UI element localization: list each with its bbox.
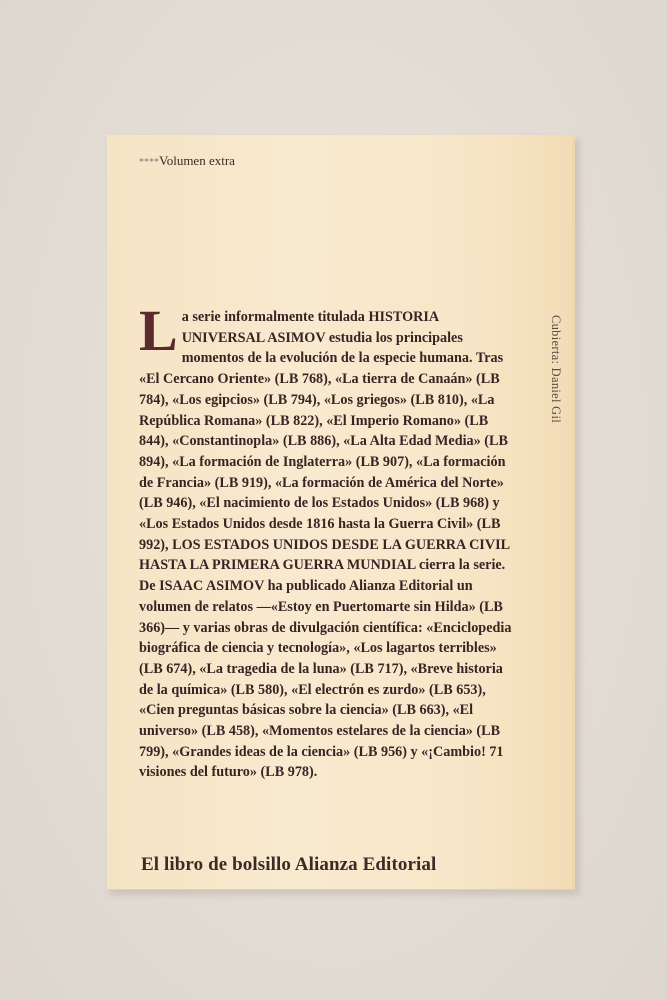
stars-icon: ****: [139, 157, 159, 168]
description-text: a serie informalmente titulada HISTORIA …: [139, 309, 511, 780]
series-label: ****Volumen extra: [139, 153, 235, 169]
series-label-text: Volumen extra: [159, 153, 235, 168]
cover-credit: Cubierta: Daniel Gil: [548, 315, 563, 423]
drop-cap: L: [139, 310, 178, 352]
description-paragraph: La serie informalmente titulada HISTORIA…: [139, 307, 514, 783]
publisher-line: El libro de bolsillo Alianza Editorial: [141, 854, 436, 876]
book-back-cover: ****Volumen extra La serie informalmente…: [107, 135, 575, 890]
